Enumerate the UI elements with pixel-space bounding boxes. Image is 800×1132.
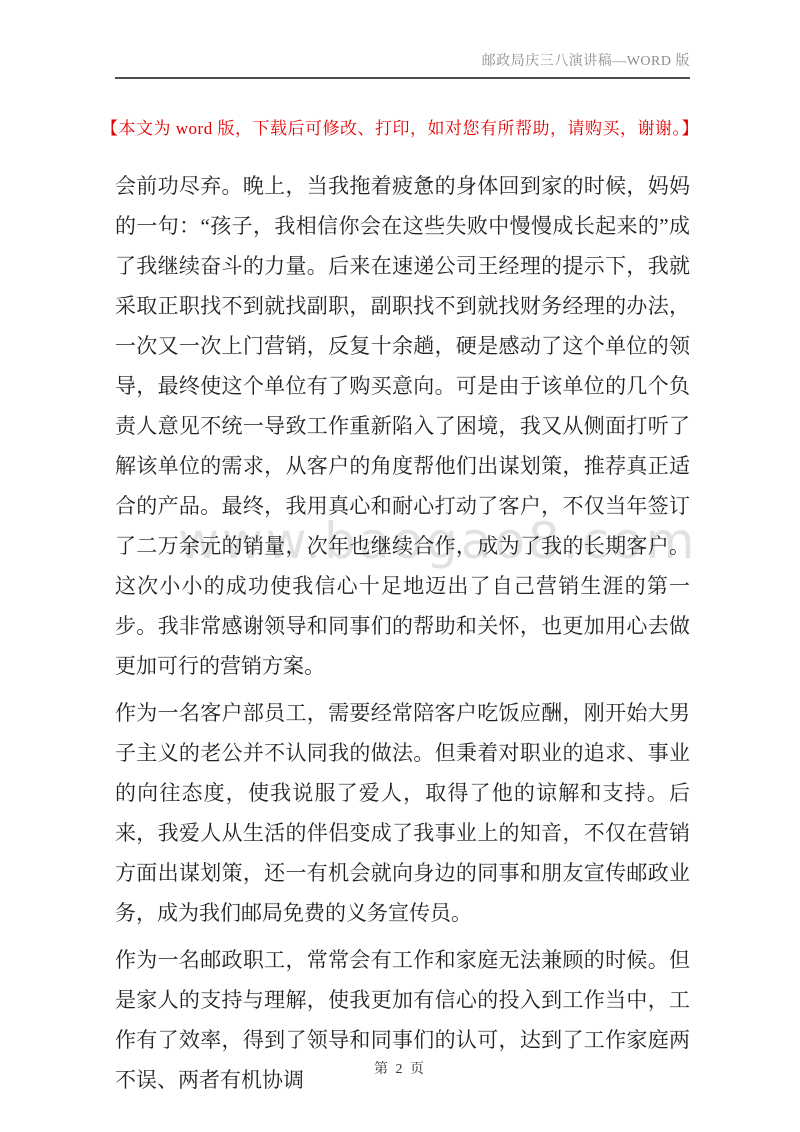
document-page: 邮政局庆三八演讲稿—WORD 版 【本文为 word 版，下载后可修改、打印，如…	[0, 0, 800, 1132]
body-paragraph: 作为一名邮政职工，常常会有工作和家庭无法兼顾的时候。但是家人的支持与理解，使我更…	[115, 940, 690, 1100]
body-paragraph: 会前功尽弃。晚上，当我拖着疲惫的身体回到家的时候，妈妈的一句：“孩子，我相信你会…	[115, 166, 690, 686]
document-body: 会前功尽弃。晚上，当我拖着疲惫的身体回到家的时候，妈妈的一句：“孩子，我相信你会…	[115, 166, 690, 1107]
page-header-title: 邮政局庆三八演讲稿—WORD 版	[115, 50, 690, 79]
body-paragraph: 作为一名客户部员工，需要经常陪客户吃饭应酬，刚开始大男子主义的老公并不认同我的做…	[115, 693, 690, 933]
purchase-notice: 【本文为 word 版，下载后可修改、打印，如对您有所帮助，请购买，谢谢。】	[0, 114, 800, 139]
